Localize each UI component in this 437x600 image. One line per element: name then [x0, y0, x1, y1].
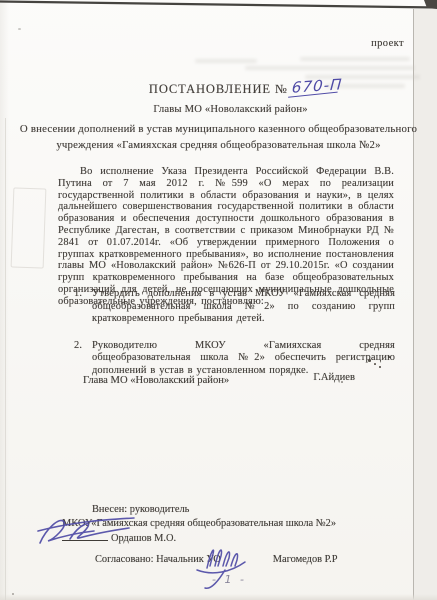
body-paragraph: Во исполнение Указа Президента Российско…	[58, 166, 394, 308]
handwritten-page-number: - 1 -	[212, 573, 246, 587]
document-subtitle: Главы МО «Новолакский район»	[12, 104, 437, 115]
scan-speck	[18, 28, 21, 30]
signature-row: Глава МО «Новолакский район» Г.Айдиев	[83, 375, 355, 386]
scan-left-fold-line	[5, 118, 6, 600]
list-item-text: Руководителю МКОУ «Гамияхская средняя об…	[92, 340, 395, 376]
signer-title: Глава МО «Новолакский район»	[83, 375, 229, 386]
scan-top-edge	[0, 0, 437, 14]
subject-line-2: учреждения «Гамияхская средняя общеобраз…	[0, 137, 437, 153]
list-item-number: 1.	[74, 288, 82, 301]
list-item: 1. Утвердить дополнения в устав МКОУ «Га…	[72, 288, 395, 326]
signature-ordashov	[36, 508, 151, 552]
document-title: ПОСТАНОВЛЕНИЕ №	[149, 82, 288, 96]
list-item-text: Утвердить дополнения в устав МКОУ «Гамия…	[92, 288, 395, 324]
agreed-name: Магомедов Р.Р	[273, 553, 338, 567]
list-item-number: 2.	[74, 340, 82, 353]
handwritten-document-number: 670-П	[291, 75, 343, 96]
scanned-document-page: проект ПОСТАНОВЛЕНИЕ №670-П Главы МО «Но…	[0, 0, 437, 600]
footer-block: Внесен: руководитель МКОУ«Гамияхская сре…	[62, 503, 412, 566]
paper-crease	[11, 187, 47, 268]
bleed-through-text	[195, 59, 257, 63]
document-title-row: ПОСТАНОВЛЕНИЕ №670-П	[27, 79, 437, 98]
bleed-through-text	[245, 66, 415, 70]
document-subject: О внесении дополнений в устав муниципаль…	[0, 121, 437, 153]
bleed-through-text	[300, 57, 410, 61]
scan-bottom-shadow	[0, 594, 437, 600]
subject-line-1: О внесении дополнений в устав муниципаль…	[0, 121, 437, 137]
draft-watermark: проект	[371, 38, 404, 49]
signer-name: Г.Айдиев	[313, 372, 355, 386]
scan-speck	[12, 593, 14, 595]
